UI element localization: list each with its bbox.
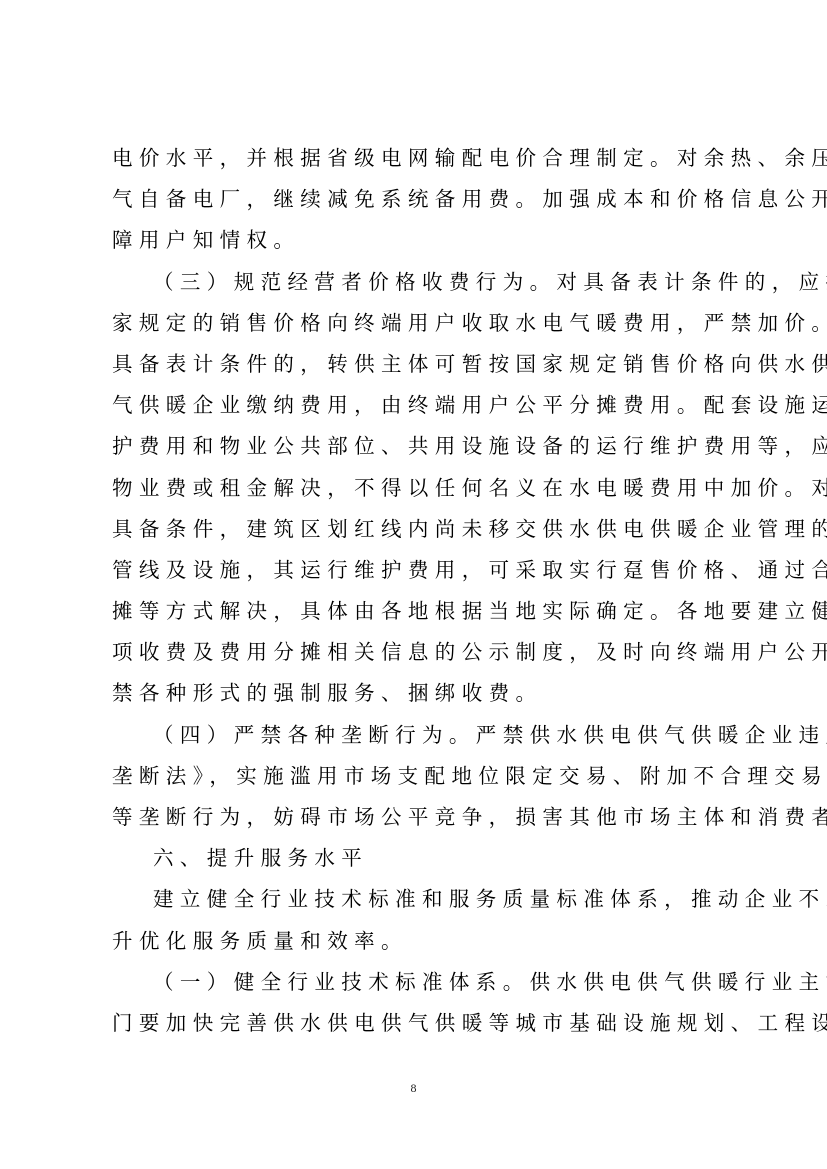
text-line: 摊等方式解决，具体由各地根据当地实际确定。各地要建立健全各 bbox=[112, 591, 718, 632]
page-number: 8 bbox=[0, 1081, 827, 1096]
section-heading-line: （一）健全行业技术标准体系。供水供电供气供暖行业主管部 bbox=[112, 962, 718, 1003]
text-line: 升优化服务质量和效率。 bbox=[112, 921, 718, 962]
text-line: 气供暖企业缴纳费用，由终端用户公平分摊费用。配套设施运行维 bbox=[112, 385, 718, 426]
text-line: 具备条件，建筑区划红线内尚未移交供水供电供暖企业管理的庭院 bbox=[112, 509, 718, 550]
text-line: 障用户知情权。 bbox=[112, 220, 718, 261]
text-line: 门要加快完善供水供电供气供暖等城市基础设施规划、工程设计、 bbox=[112, 1003, 718, 1044]
document-body: 电价水平，并根据省级电网输配电价合理制定。对余热、余压、余 气自备电厂，继续减免… bbox=[112, 138, 718, 1044]
text-line: 电价水平，并根据省级电网输配电价合理制定。对余热、余压、余 bbox=[112, 138, 718, 179]
chapter-heading: 六、提升服务水平 bbox=[112, 838, 718, 879]
text-line: 家规定的销售价格向终端用户收取水电气暖费用，严禁加价。对不 bbox=[112, 303, 718, 344]
text-line: 建立健全行业技术标准和服务质量标准体系，推动企业不断提 bbox=[112, 879, 718, 920]
text-line: 护费用和物业公共部位、共用设施设备的运行维护费用等，应通过 bbox=[112, 426, 718, 467]
text-line: 项收费及费用分摊相关信息的公示制度，及时向终端用户公开。严 bbox=[112, 632, 718, 673]
text-line: 等垄断行为，妨碍市场公平竞争，损害其他市场主体和消费者利益。 bbox=[112, 797, 718, 838]
text-line: 垄断法》，实施滥用市场支配地位限定交易、附加不合理交易条件 bbox=[112, 756, 718, 797]
text-line: 气自备电厂，继续减免系统备用费。加强成本和价格信息公开，保 bbox=[112, 179, 718, 220]
section-heading-line: （四）严禁各种垄断行为。严禁供水供电供气供暖企业违反《反 bbox=[112, 715, 718, 756]
text-line: 管线及设施，其运行维护费用，可采取实行趸售价格、通过合理分 bbox=[112, 550, 718, 591]
text-line: 禁各种形式的强制服务、捆绑收费。 bbox=[112, 673, 718, 714]
section-heading-line: （三）规范经营者价格收费行为。对具备表计条件的，应按国 bbox=[112, 262, 718, 303]
text-line: 物业费或租金解决，不得以任何名义在水电暖费用中加价。对暂不 bbox=[112, 468, 718, 509]
text-line: 具备表计条件的，转供主体可暂按国家规定销售价格向供水供电供 bbox=[112, 344, 718, 385]
